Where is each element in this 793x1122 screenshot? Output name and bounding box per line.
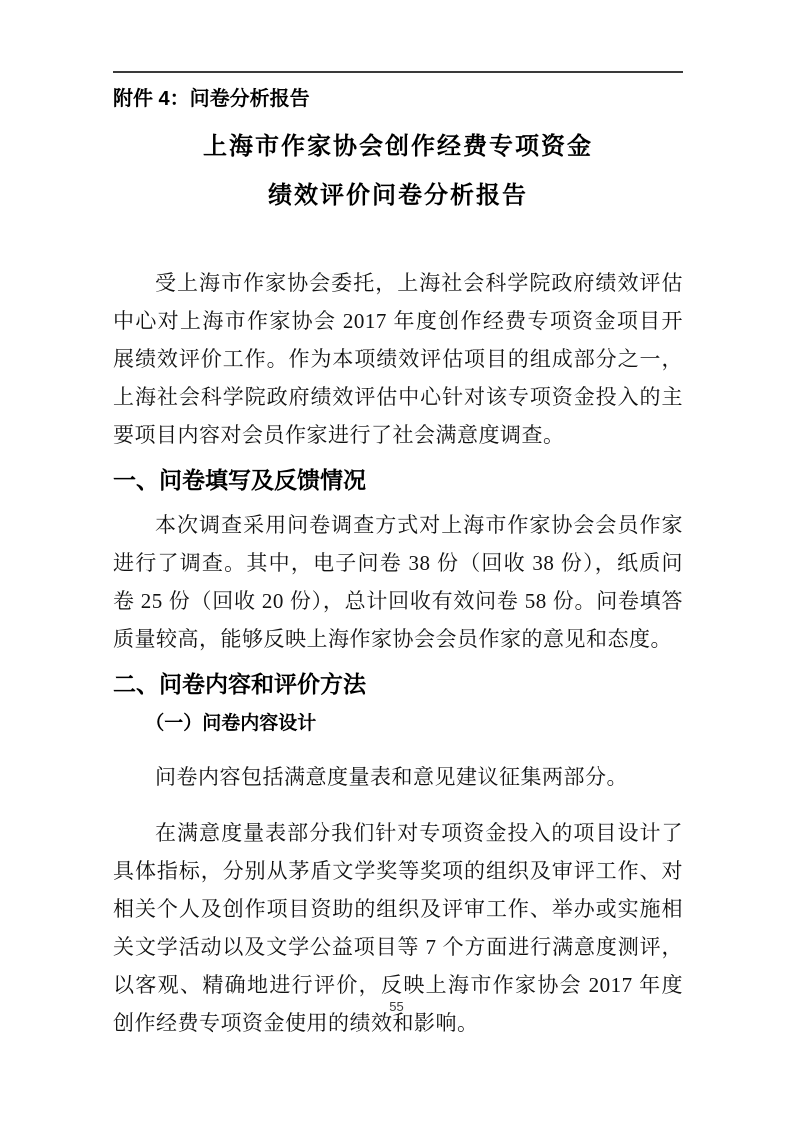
document-page: 附件 4：问卷分析报告 上海市作家协会创作经费专项资金 绩效评价问卷分析报告 受… — [0, 0, 793, 1122]
document-title-line-2: 绩效评价问卷分析报告 — [113, 182, 683, 210]
section-2-subheading: （一）问卷内容设计 — [113, 712, 683, 736]
document-title-line-1: 上海市作家协会创作经费专项资金 — [113, 133, 683, 161]
section-2-heading: 二、问卷内容和评价方法 — [113, 670, 683, 698]
header-rule — [113, 71, 683, 73]
document-content: 附件 4：问卷分析报告 上海市作家协会创作经费专项资金 绩效评价问卷分析报告 受… — [113, 0, 683, 1042]
intro-paragraph: 受上海市作家协会委托，上海社会科学院政府绩效评估中心对上海市作家协会 2017 … — [113, 264, 683, 454]
section-1-paragraph: 本次调查采用问卷调查方式对上海市作家协会会员作家进行了调查。其中，电子问卷 38… — [113, 506, 683, 658]
page-number: 55 — [0, 999, 793, 1014]
section-1-heading: 一、问卷填写及反馈情况 — [113, 466, 683, 494]
attachment-heading: 附件 4：问卷分析报告 — [113, 87, 683, 111]
section-2-paragraph-1: 问卷内容包括满意度量表和意见建议征集两部分。 — [113, 758, 683, 796]
